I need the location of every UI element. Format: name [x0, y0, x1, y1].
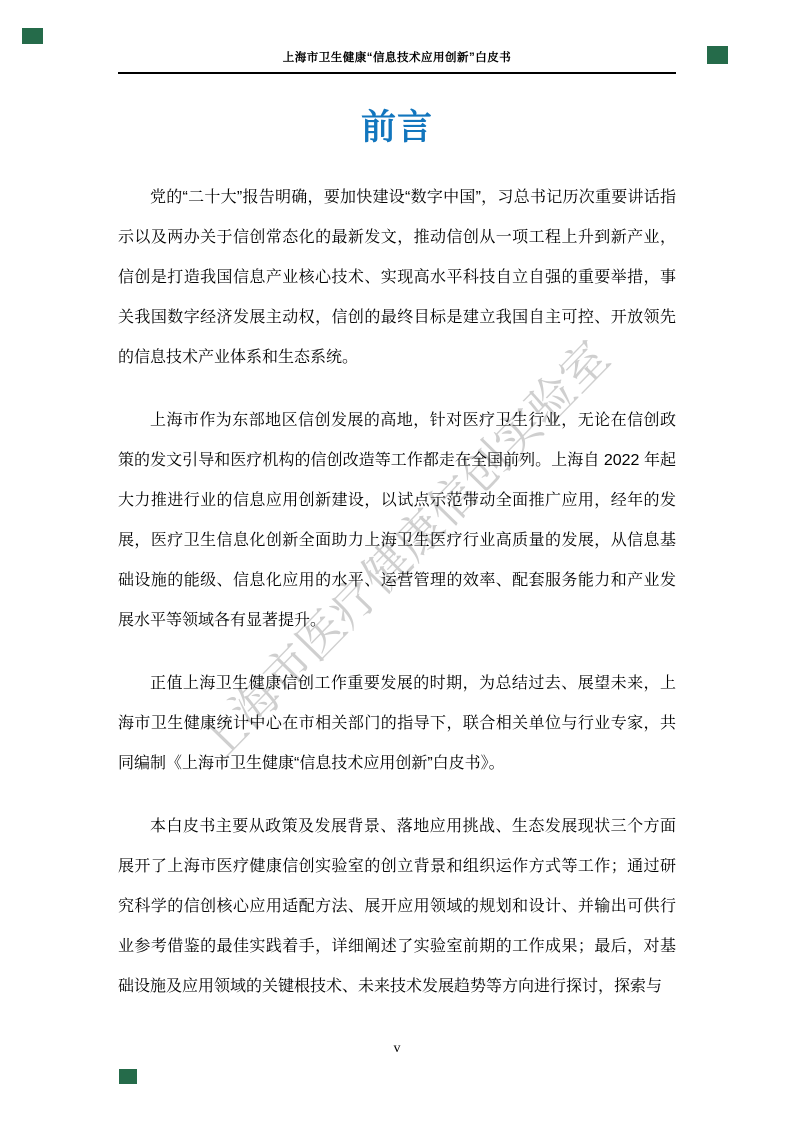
running-header: 上海市卫生健康“信息技术应用创新”白皮书 [118, 49, 676, 65]
page-footer: v [0, 1041, 794, 1057]
body-paragraph-3: 正值上海卫生健康信创工作重要发展的时期，为总结过去、展望未来，上海市卫生健康统计… [118, 664, 676, 784]
document-page: 上海市卫生健康“信息技术应用创新”白皮书 上海市医疗健康信创实验室 前言 党的“… [0, 0, 794, 1123]
green-square-marker-bottom-left [119, 1069, 137, 1084]
green-square-marker-top-left [22, 28, 43, 44]
page-number: v [394, 1041, 401, 1056]
body-paragraph-2: 上海市作为东部地区信创发展的高地，针对医疗卫生行业，无论在信创政策的发文引导和医… [118, 401, 676, 641]
page-title: 前言 [0, 108, 794, 148]
body-paragraph-4: 本白皮书主要从政策及发展背景、落地应用挑战、生态发展现状三个方面展开了上海市医疗… [118, 807, 676, 1007]
header-rule [118, 72, 676, 74]
green-square-marker-header-right [707, 46, 728, 64]
body-paragraph-1: 党的“二十大”报告明确，要加快建设“数字中国”，习总书记历次重要讲话指示以及两办… [118, 178, 676, 378]
body-content: 党的“二十大”报告明确，要加快建设“数字中国”，习总书记历次重要讲话指示以及两办… [118, 178, 676, 1030]
